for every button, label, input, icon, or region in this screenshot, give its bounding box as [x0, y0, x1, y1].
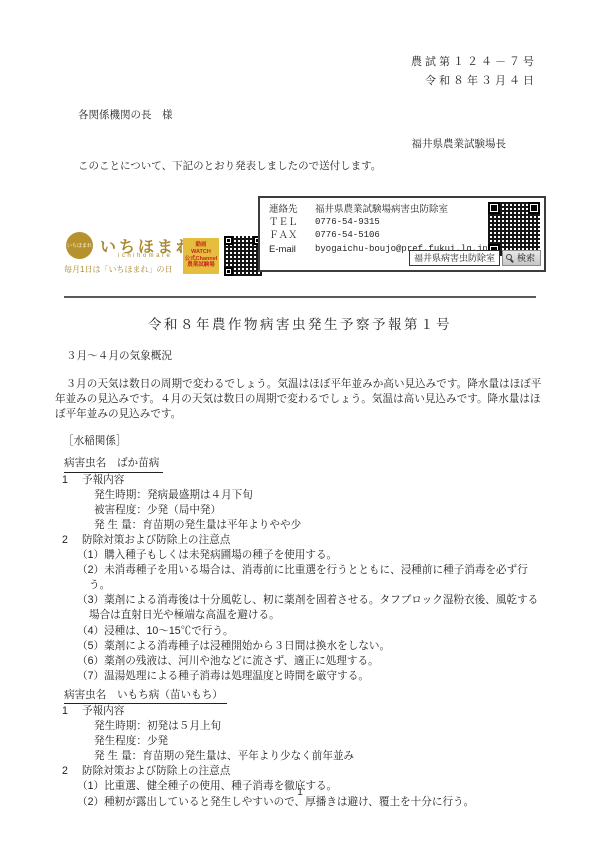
contact-info-box: 連絡先 福井県農業試験場病害虫防除室 ＴＥＬ 0776-54-9315 ＦＡＸ … — [258, 196, 546, 272]
control-heading: 防除対策および防除上の注意点 — [82, 764, 230, 779]
list-number: 2 — [55, 533, 82, 548]
control-heading-line: 2 防除対策および防除上の注意点 — [55, 764, 547, 779]
control-item: （2）未消毒種子を用いる場合は、消毒前に比重選を行うとともに、浸種前に種子消毒を… — [55, 563, 547, 593]
disease-title-text: 病害虫名 いもち病（苗いもち） — [64, 688, 227, 704]
intro-line: このことについて、下記のとおり発表しましたので送付します。 — [78, 158, 381, 173]
list-number: 1 — [55, 473, 82, 488]
header-divider — [64, 296, 536, 298]
ichihomare-logo-block: いちほまれ いちほまれ ichihomare 毎月1日は「いちほまれ」の日 動画… — [64, 228, 260, 284]
control-item: （4）浸種は、10～15℃で行う。 — [55, 624, 547, 639]
forecast-detail: 被害程度：少発（局中発） — [55, 503, 547, 518]
forecast-heading: 予報内容 — [82, 704, 124, 719]
badge-line: WATCH — [183, 249, 219, 256]
contact-row-tel: ＴＥＬ 0776-54-9315 — [269, 216, 488, 229]
section-heading-rice: ［水稲関係］ — [55, 434, 547, 449]
forecast-detail: 発生時期：初発は５月上旬 — [55, 719, 547, 734]
ichihomare-romaji: ichihomare — [118, 253, 172, 259]
list-number: 1 — [55, 704, 82, 719]
forecast-heading-line: 1 予報内容 — [55, 704, 547, 719]
forecast-heading-line: 1 予報内容 — [55, 473, 547, 488]
weather-paragraph: ３月の天気は数日の周期で変わるでしょう。気温はほぼ平年並みか高い見込みです。降水… — [55, 377, 547, 422]
control-heading: 防除対策および防除上の注意点 — [82, 533, 230, 548]
contact-label: E-mail — [269, 243, 315, 256]
contact-rows: 連絡先 福井県農業試験場病害虫防除室 ＴＥＬ 0776-54-9315 ＦＡＸ … — [269, 203, 488, 256]
ichihomare-tagline: 毎月1日は「いちほまれ」の日 — [64, 264, 172, 275]
control-heading-line: 2 防除対策および防除上の注意点 — [55, 533, 547, 548]
contact-qr-code-icon — [488, 202, 540, 256]
channel-qr-code-icon — [224, 236, 262, 276]
search-widget: 福井県病害虫防除室 検索 — [409, 250, 541, 266]
document-number-block: 農試第１２４－７号 令和８年３月４日 — [411, 53, 537, 91]
forecast-heading: 予報内容 — [82, 473, 124, 488]
ichihomare-logo-mark: いちほまれ — [66, 232, 93, 259]
contact-value: 福井県農業試験場病害虫防除室 — [315, 203, 448, 216]
search-button[interactable]: 検索 — [502, 250, 541, 266]
disease-title-bakanae: 病害虫名 ばか苗病 — [55, 456, 547, 472]
contact-label: ＴＥＬ — [269, 216, 315, 229]
forecast-detail: 発生時期：発病最盛期は４月下旬 — [55, 488, 547, 503]
sender-line: 福井県農業試験場長 — [412, 136, 507, 151]
document-date: 令和８年３月４日 — [411, 72, 537, 91]
contact-value: 0776-54-9315 — [315, 216, 380, 229]
disease-title-text: 病害虫名 ばか苗病 — [64, 456, 163, 472]
control-item: （7）温湯処理による種子消毒は処理温度と時間を厳守する。 — [55, 669, 547, 684]
contact-value: 0776-54-5106 — [315, 229, 380, 242]
forecast-detail: 発 生 量：育苗期の発生量は平年よりやや少 — [55, 518, 547, 533]
list-number: 2 — [55, 764, 82, 779]
disease-title-imochi: 病害虫名 いもち病（苗いもち） — [55, 688, 547, 704]
main-content: ３月～４月の気象概況 ３月の天気は数日の周期で変わるでしょう。気温はほぼ平年並み… — [55, 349, 547, 810]
control-item: （3）薬剤による消毒後は十分風乾し、籾に薬剤を固着させる。タフブロック湿粉衣後、… — [55, 593, 547, 623]
search-input[interactable]: 福井県病害虫防除室 — [409, 250, 500, 266]
control-item: （1）購入種子もしくは未発病圃場の種子を使用する。 — [55, 548, 547, 563]
magnifier-icon — [506, 254, 515, 263]
badge-line: 動画 — [183, 242, 219, 249]
badge-line: 農業試験場 — [183, 262, 219, 269]
contact-row-fax: ＦＡＸ 0776-54-5106 — [269, 229, 488, 242]
document-number: 農試第１２４－７号 — [411, 53, 537, 72]
recipient-line: 各関係機関の長 様 — [78, 107, 173, 122]
contact-label: 連絡先 — [269, 203, 315, 216]
document-page: 農試第１２４－７号 令和８年３月４日 各関係機関の長 様 福井県農業試験場長 こ… — [0, 0, 600, 848]
ichihomare-mark-text: いちほまれ — [67, 242, 92, 249]
weather-heading: ３月～４月の気象概況 — [55, 349, 547, 364]
search-button-label: 検索 — [517, 251, 535, 265]
page-title: 令和８年農作物病害虫発生予察予報第１号 — [0, 313, 600, 333]
contact-label: ＦＡＸ — [269, 229, 315, 242]
control-item: （5）薬剤による消毒種子は浸種開始から３日間は換水をしない。 — [55, 639, 547, 654]
control-item: （6）薬剤の残液は、河川や池などに流さず、適正に処理する。 — [55, 654, 547, 669]
page-number: 1 — [0, 786, 600, 798]
contact-row-renrakusaki: 連絡先 福井県農業試験場病害虫防除室 — [269, 203, 488, 216]
forecast-detail: 発 生 量：育苗期の発生量は、平年より少なく前年並み — [55, 749, 547, 764]
official-channel-badge: 動画 WATCH 公式Channel 農業試験場 — [183, 238, 219, 274]
forecast-detail: 発生程度：少発 — [55, 734, 547, 749]
